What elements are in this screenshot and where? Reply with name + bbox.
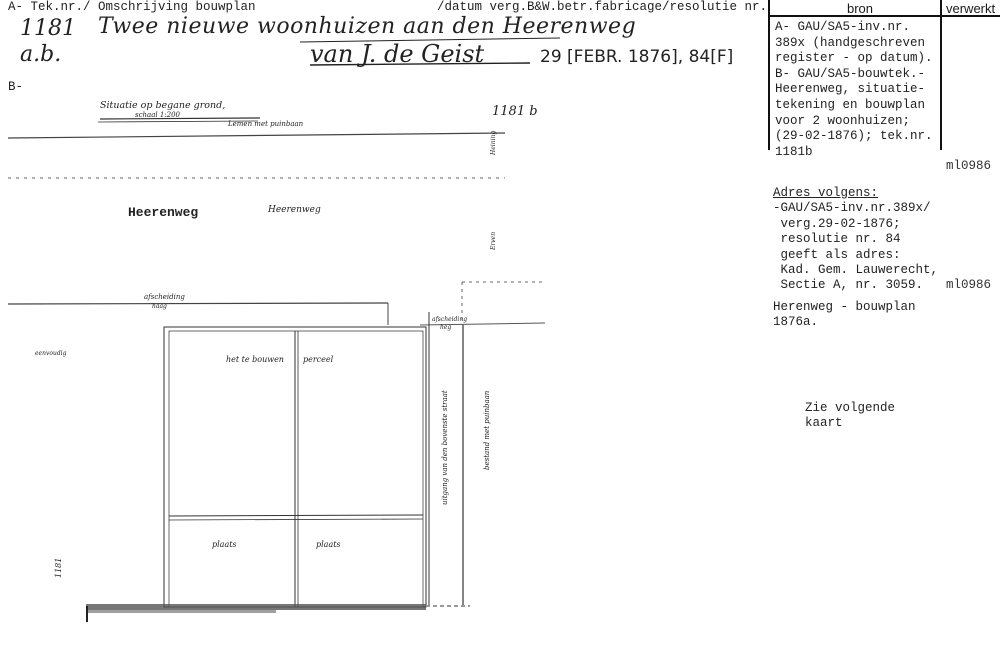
vertical-label-uitgang: uitgang van den bovenste straat [441,390,449,505]
street-name-typed: Heerenweg [128,205,198,220]
side-note-1: Heining [490,131,497,155]
site-plan-drawing [0,0,1000,649]
afscheiding-sublabel: haag [152,303,167,310]
drawing-scale: schaal 1:200 [135,111,180,119]
drawing-top-annotation: Lemen met puinbaan [228,120,303,128]
side-note-2: Erven [490,232,497,250]
yard-label-left: plaats [212,540,237,549]
left-note: eenvoudig [35,350,66,357]
vertical-label-bestand: bestand met puinbaan [483,391,491,470]
yard-label-right: plaats [316,540,341,549]
drawing-sheet-number: 1181 b [492,104,538,119]
left-margin-number: 1181 [54,558,63,578]
afscheiding-sublabel-2: heg [440,324,451,331]
street-name-handwritten: Heerenweg [268,205,321,215]
afscheiding-label-2: afscheiding [432,316,467,323]
drawing-title: Situatie op begane grond, [100,100,225,111]
afscheiding-label: afscheiding [144,293,185,301]
room-label-left: het te bouwen [226,355,284,364]
room-label-right: perceel [303,355,333,364]
